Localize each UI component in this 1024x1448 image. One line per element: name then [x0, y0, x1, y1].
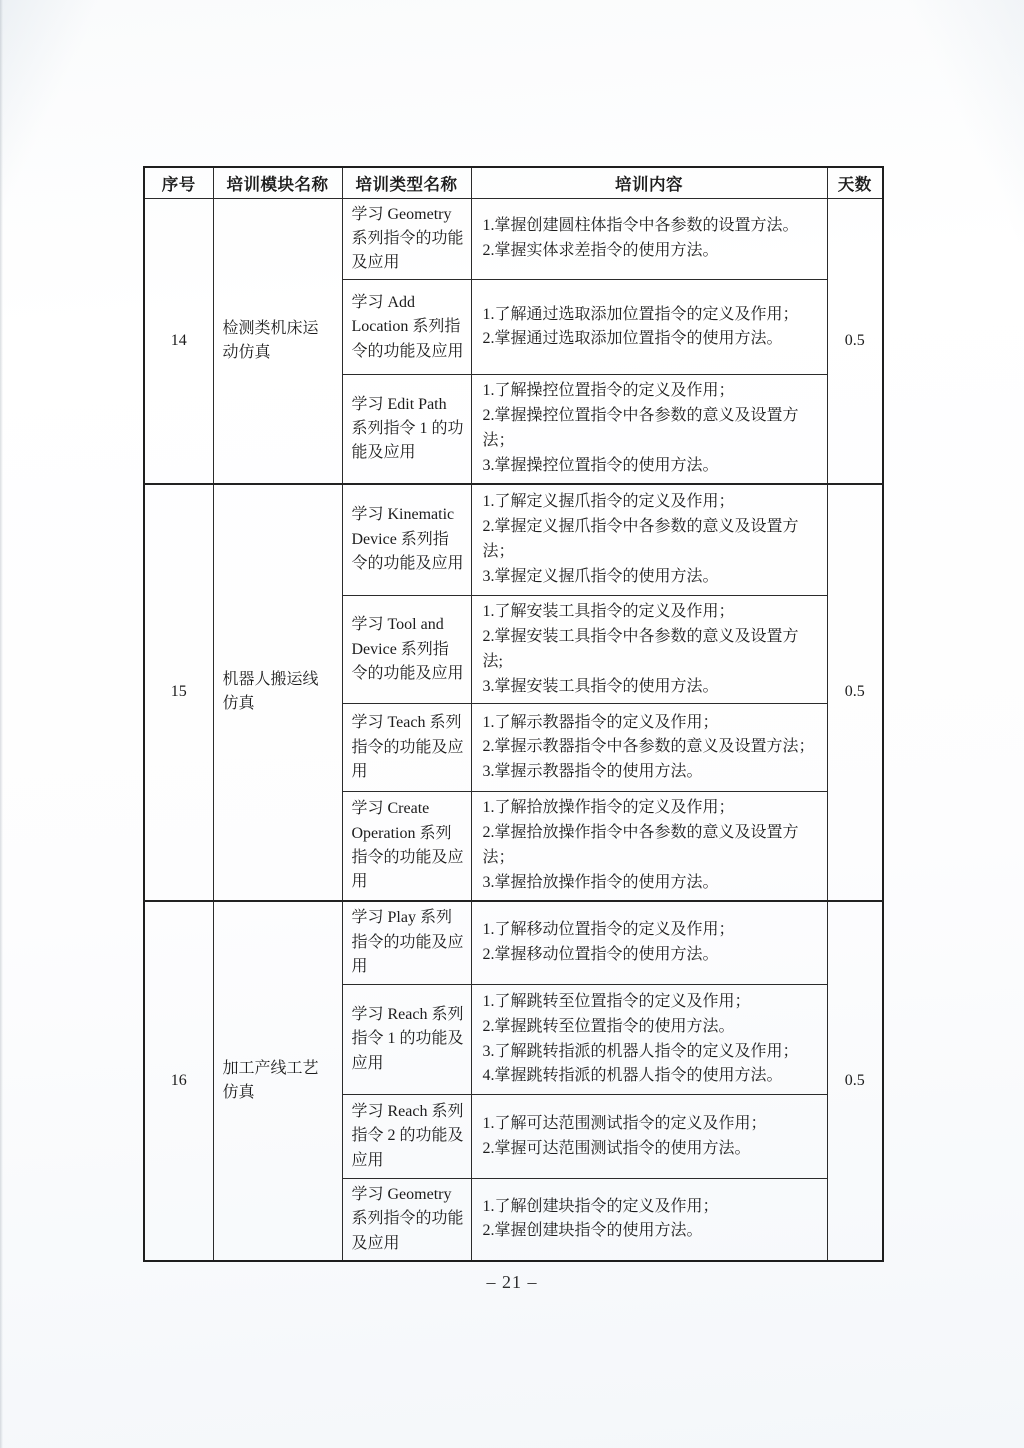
- content-line: 1.掌握创建圆柱体指令中各参数的设置方法。: [483, 214, 819, 239]
- content-cell: 1.了解通过选取添加位置指令的定义及作用； 2.掌握通过选取添加位置指令的使用方…: [471, 280, 827, 375]
- type-cell: 学习 Add Location 系列指令的功能及应用: [342, 280, 471, 375]
- type-cell: 学习 Create Operation 系列指令的功能及应用: [342, 792, 471, 901]
- content-line: 3.掌握安装工具指令的使用方法。: [483, 675, 819, 700]
- content-line: 3.掌握拾放操作指令的使用方法。: [483, 871, 819, 896]
- days-cell: 0.5: [827, 198, 883, 484]
- content-cell: 1.了解可达范围测试指令的定义及作用； 2.掌握可达范围测试指令的使用方法。: [471, 1095, 827, 1179]
- col-header-seq: 序号: [144, 167, 213, 198]
- type-cell: 学习 Tool and Device 系列指令的功能及应用: [342, 596, 471, 704]
- content-line: 1.了解定义握爪指令的定义及作用；: [483, 490, 819, 515]
- content-line: 2.掌握移动位置指令的使用方法。: [483, 943, 819, 968]
- content-line: 2.掌握定义握爪指令中各参数的意义及设置方法；: [483, 515, 819, 565]
- col-header-type: 培训类型名称: [342, 167, 471, 198]
- content-line: 1.了解拾放操作指令的定义及作用；: [483, 796, 819, 821]
- table-row: 16 加工产线工艺仿真 学习 Play 系列指令的功能及应用 1.了解移动位置指…: [144, 901, 883, 985]
- table-row: 14 检测类机床运动仿真 学习 Geometry 系列指令的功能及应用 1.掌握…: [144, 198, 883, 280]
- content-line: 2.掌握通过选取添加位置指令的使用方法。: [483, 327, 819, 352]
- type-cell: 学习 Teach 系列指令的功能及应用: [342, 704, 471, 792]
- content-line: 1.了解跳转至位置指令的定义及作用；: [483, 990, 819, 1015]
- content-line: 2.掌握拾放操作指令中各参数的意义及设置方法；: [483, 821, 819, 871]
- content-line: 2.掌握示教器指令中各参数的意义及设置方法；: [483, 735, 819, 760]
- table-header: 序号 培训模块名称 培训类型名称 培训内容 天数: [144, 167, 883, 198]
- col-header-module: 培训模块名称: [213, 167, 342, 198]
- days-cell: 0.5: [827, 484, 883, 901]
- content-cell: 1.掌握创建圆柱体指令中各参数的设置方法。 2.掌握实体求差指令的使用方法。: [471, 198, 827, 280]
- content-line: 1.了解移动位置指令的定义及作用；: [483, 918, 819, 943]
- module-cell: 检测类机床运动仿真: [213, 198, 342, 484]
- seq-cell: 16: [144, 901, 213, 1261]
- content-line: 1.了解通过选取添加位置指令的定义及作用；: [483, 303, 819, 328]
- type-cell: 学习 Edit Path 系列指令 1 的功能及应用: [342, 375, 471, 484]
- content-line: 1.了解安装工具指令的定义及作用；: [483, 600, 819, 625]
- content-line: 3.掌握操控位置指令的使用方法。: [483, 454, 819, 479]
- module-cell: 机器人搬运线仿真: [213, 484, 342, 901]
- content-cell: 1.了解跳转至位置指令的定义及作用； 2.掌握跳转至位置指令的使用方法。 3.了…: [471, 985, 827, 1095]
- seq-cell: 14: [144, 198, 213, 484]
- page-number: – 21 –: [0, 1272, 1024, 1293]
- content-line: 2.掌握跳转至位置指令的使用方法。: [483, 1015, 819, 1040]
- type-cell: 学习 Play 系列指令的功能及应用: [342, 901, 471, 985]
- module-cell: 加工产线工艺仿真: [213, 901, 342, 1261]
- content-line: 2.掌握创建块指令的使用方法。: [483, 1219, 819, 1244]
- content-line: 1.了解创建块指令的定义及作用；: [483, 1195, 819, 1220]
- table-row: 15 机器人搬运线仿真 学习 Kinematic Device 系列指令的功能及…: [144, 484, 883, 596]
- col-header-content: 培训内容: [471, 167, 827, 198]
- content-cell: 1.了解操控位置指令的定义及作用； 2.掌握操控位置指令中各参数的意义及设置方法…: [471, 375, 827, 484]
- content-cell: 1.了解移动位置指令的定义及作用； 2.掌握移动位置指令的使用方法。: [471, 901, 827, 985]
- type-cell: 学习 Reach 系列指令 1 的功能及应用: [342, 985, 471, 1095]
- seq-cell: 15: [144, 484, 213, 901]
- content-cell: 1.了解拾放操作指令的定义及作用； 2.掌握拾放操作指令中各参数的意义及设置方法…: [471, 792, 827, 901]
- content-line: 2.掌握操控位置指令中各参数的意义及设置方法；: [483, 404, 819, 454]
- content-line: 1.了解操控位置指令的定义及作用；: [483, 379, 819, 404]
- content-line: 4.掌握跳转指派的机器人指令的使用方法。: [483, 1064, 819, 1089]
- type-cell: 学习 Geometry 系列指令的功能及应用: [342, 1179, 471, 1261]
- type-cell: 学习 Geometry 系列指令的功能及应用: [342, 198, 471, 280]
- content-cell: 1.了解创建块指令的定义及作用； 2.掌握创建块指令的使用方法。: [471, 1179, 827, 1261]
- type-cell: 学习 Reach 系列指令 2 的功能及应用: [342, 1095, 471, 1179]
- type-cell: 学习 Kinematic Device 系列指令的功能及应用: [342, 484, 471, 596]
- content-line: 2.掌握可达范围测试指令的使用方法。: [483, 1137, 819, 1162]
- content-cell: 1.了解定义握爪指令的定义及作用； 2.掌握定义握爪指令中各参数的意义及设置方法…: [471, 484, 827, 596]
- training-table: 序号 培训模块名称 培训类型名称 培训内容 天数 14 检测类机床运动仿真 学习…: [143, 166, 884, 1262]
- days-cell: 0.5: [827, 901, 883, 1261]
- content-line: 2.掌握实体求差指令的使用方法。: [483, 239, 819, 264]
- content-line: 2.掌握安装工具指令中各参数的意义及设置方法;: [483, 625, 819, 675]
- content-line: 3.掌握定义握爪指令的使用方法。: [483, 565, 819, 590]
- content-cell: 1.了解示教器指令的定义及作用； 2.掌握示教器指令中各参数的意义及设置方法； …: [471, 704, 827, 792]
- content-line: 1.了解示教器指令的定义及作用；: [483, 711, 819, 736]
- content-cell: 1.了解安装工具指令的定义及作用； 2.掌握安装工具指令中各参数的意义及设置方法…: [471, 596, 827, 704]
- scan-edge-shadow: [0, 0, 3, 1448]
- content-line: 1.了解可达范围测试指令的定义及作用；: [483, 1112, 819, 1137]
- col-header-days: 天数: [827, 167, 883, 198]
- content-line: 3.了解跳转指派的机器人指令的定义及作用；: [483, 1040, 819, 1065]
- content-line: 3.掌握示教器指令的使用方法。: [483, 760, 819, 785]
